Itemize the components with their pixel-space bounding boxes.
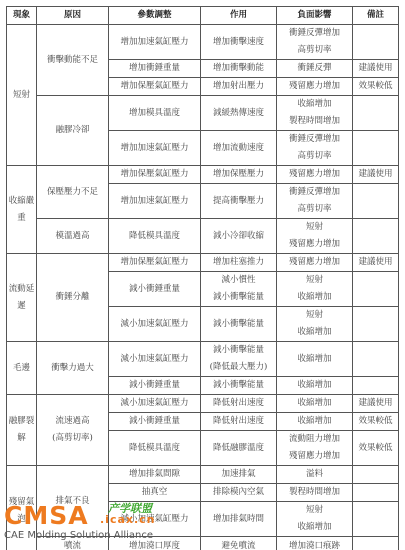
note-cell xyxy=(353,96,399,131)
note-cell xyxy=(353,537,399,550)
effect-cell: 排除模內空氣 xyxy=(201,484,277,502)
negative-cell: 殘留應力增加 xyxy=(277,78,353,96)
negative-cell: 流動阻力增加殘留應力增加 xyxy=(277,431,353,466)
note-cell xyxy=(353,484,399,502)
header-note: 備註 xyxy=(353,7,399,25)
negative-cell: 收縮增加 xyxy=(277,377,353,395)
effect-cell: 降低射出速度 xyxy=(201,413,277,431)
table-row: 毛邊 衝擊力過大 減小加速氣缸壓力 減小衝擊能量(降低最大壓力) 收縮增加 xyxy=(7,342,399,377)
adjust-cell: 減小加速氣缸壓力 xyxy=(109,307,201,342)
phenomenon-cell: 收縮嚴重 xyxy=(7,166,37,254)
effect-cell: 降低射出速度 xyxy=(201,395,277,413)
effect-cell: 增加排氣時間 xyxy=(201,502,277,537)
adjust-cell: 增加模具溫度 xyxy=(109,96,201,131)
effect-cell: 提高衝擊壓力 xyxy=(201,184,277,219)
phenomenon-cell: 流動延遲 xyxy=(7,254,37,342)
header-phenomenon: 現象 xyxy=(7,7,37,25)
note-cell: 效果較低 xyxy=(353,413,399,431)
negative-cell: 溢料 xyxy=(277,466,353,484)
header-cause: 原因 xyxy=(37,7,109,25)
adjust-cell: 增加澆口厚度 xyxy=(109,537,201,550)
adjust-cell: 抽真空 xyxy=(109,484,201,502)
effect-cell: 加速排氣 xyxy=(201,466,277,484)
effect-cell: 減小衝擊能量 xyxy=(201,307,277,342)
adjust-cell: 降低模具溫度 xyxy=(109,219,201,254)
adjust-cell: 減小加速氣缸壓力 xyxy=(109,342,201,377)
negative-cell: 增加澆口痕跡 xyxy=(277,537,353,550)
table-row: 流動延遲 衝錘分離 增加保壓氣缸壓力 增加柱塞推力 殘留應力增加 建議使用 xyxy=(7,254,399,272)
adjust-cell: 增加排氣間隙 xyxy=(109,466,201,484)
note-cell xyxy=(353,307,399,342)
adjust-cell: 增加加速氣缸壓力 xyxy=(109,25,201,60)
effect-cell: 減小衝擊能量(降低最大壓力) xyxy=(201,342,277,377)
adjust-cell: 減小衝錘重量 xyxy=(109,413,201,431)
cause-cell: 流速過高(高剪切率) xyxy=(37,395,109,466)
phenomenon-cell: 融膠裂解 xyxy=(7,395,37,466)
adjust-cell: 減小衝錘重量 xyxy=(109,377,201,395)
note-cell xyxy=(353,25,399,60)
phenomenon-cell: 殘留氣泡 xyxy=(7,466,37,550)
negative-cell: 收縮增加 xyxy=(277,342,353,377)
adjust-cell: 增加保壓氣缸壓力 xyxy=(109,254,201,272)
adjust-cell: 減小衝錘重量 xyxy=(109,272,201,307)
negative-cell: 短射收縮增加 xyxy=(277,502,353,537)
effect-cell: 降低融膠溫度 xyxy=(201,431,277,466)
adjust-cell: 增加保壓氣缸壓力 xyxy=(109,78,201,96)
note-cell xyxy=(353,219,399,254)
note-cell: 建議使用 xyxy=(353,166,399,184)
negative-cell: 製程時間增加 xyxy=(277,484,353,502)
negative-cell: 殘留應力增加 xyxy=(277,166,353,184)
cause-cell: 保壓壓力不足 xyxy=(37,166,109,219)
adjust-cell: 增加加速氣缸壓力 xyxy=(109,184,201,219)
negative-cell: 收縮增加 xyxy=(277,413,353,431)
header-negative-impact: 負面影響 xyxy=(277,7,353,25)
negative-cell: 衝錘反彈增加高剪切率 xyxy=(277,184,353,219)
table-row: 噴流 增加澆口厚度 避免噴流 增加澆口痕跡 xyxy=(7,537,399,550)
cause-cell: 模溫過高 xyxy=(37,219,109,254)
effect-cell: 增加衝擊動能 xyxy=(201,60,277,78)
cause-cell: 衝擊力過大 xyxy=(37,342,109,395)
effect-cell: 增加柱塞推力 xyxy=(201,254,277,272)
note-cell xyxy=(353,184,399,219)
header-adjustment: 參數調整 xyxy=(109,7,201,25)
note-cell xyxy=(353,272,399,307)
note-cell: 建議使用 xyxy=(353,395,399,413)
table-row: 殘留氣泡 排氣不良 增加排氣間隙 加速排氣 溢料 xyxy=(7,466,399,484)
phenomenon-cell: 毛邊 xyxy=(7,342,37,395)
note-cell xyxy=(353,466,399,484)
cause-cell: 排氣不良 xyxy=(37,466,109,537)
effect-cell: 減小冷卻收縮 xyxy=(201,219,277,254)
note-cell: 建議使用 xyxy=(353,60,399,78)
note-cell xyxy=(353,131,399,166)
effect-cell: 增加射出壓力 xyxy=(201,78,277,96)
cause-cell: 融膠冷卻 xyxy=(37,96,109,166)
negative-cell: 衝錘反彈增加高剪切率 xyxy=(277,25,353,60)
negative-cell: 收縮增加 xyxy=(277,395,353,413)
adjust-cell: 減小加速氣缸壓力 xyxy=(109,395,201,413)
negative-cell: 衝錘反彈增加高剪切率 xyxy=(277,131,353,166)
table-row: 模溫過高 降低模具溫度 減小冷卻收縮 短射殘留應力增加 xyxy=(7,219,399,254)
effect-cell: 避免噴流 xyxy=(201,537,277,550)
negative-cell: 收縮增加製程時間增加 xyxy=(277,96,353,131)
table-row: 融膠冷卻 增加模具溫度 減緩熱傳速度 收縮增加製程時間增加 xyxy=(7,96,399,131)
phenomenon-cell: 短射 xyxy=(7,25,37,166)
effect-cell: 減緩熱傳速度 xyxy=(201,96,277,131)
negative-cell: 衝錘反彈 xyxy=(277,60,353,78)
negative-cell: 殘留應力增加 xyxy=(277,254,353,272)
adjust-cell: 減小加速氣缸壓力 xyxy=(109,502,201,537)
effect-cell: 減小衝擊能量 xyxy=(201,377,277,395)
adjust-cell: 增加保壓氣缸壓力 xyxy=(109,166,201,184)
note-cell: 效果較低 xyxy=(353,78,399,96)
note-cell xyxy=(353,377,399,395)
negative-cell: 短射殘留應力增加 xyxy=(277,219,353,254)
effect-cell: 增加衝擊速度 xyxy=(201,25,277,60)
table-row: 短射 衝擊動能不足 增加加速氣缸壓力 增加衝擊速度 衝錘反彈增加高剪切率 xyxy=(7,25,399,60)
adjust-cell: 增加衝錘重量 xyxy=(109,60,201,78)
troubleshooting-table: 現象 原因 參數調整 作用 負面影響 備註 短射 衝擊動能不足 增加加速氣缸壓力… xyxy=(6,6,399,550)
negative-cell: 短射收縮增加 xyxy=(277,272,353,307)
note-cell xyxy=(353,342,399,377)
header-row: 現象 原因 參數調整 作用 負面影響 備註 xyxy=(7,7,399,25)
effect-cell: 增加保壓壓力 xyxy=(201,166,277,184)
cause-cell: 衝擊動能不足 xyxy=(37,25,109,96)
cause-cell: 噴流 xyxy=(37,537,109,550)
cause-cell: 衝錘分離 xyxy=(37,254,109,342)
table-row: 融膠裂解 流速過高(高剪切率) 減小加速氣缸壓力 降低射出速度 收縮增加 建議使… xyxy=(7,395,399,413)
negative-cell: 短射收縮增加 xyxy=(277,307,353,342)
adjust-cell: 降低模具溫度 xyxy=(109,431,201,466)
header-effect: 作用 xyxy=(201,7,277,25)
note-cell: 建議使用 xyxy=(353,254,399,272)
adjust-cell: 增加加速氣缸壓力 xyxy=(109,131,201,166)
effect-cell: 增加流動速度 xyxy=(201,131,277,166)
note-cell: 效果較低 xyxy=(353,431,399,466)
note-cell xyxy=(353,502,399,537)
effect-cell: 減小慣性減小衝擊能量 xyxy=(201,272,277,307)
table-row: 收縮嚴重 保壓壓力不足 增加保壓氣缸壓力 增加保壓壓力 殘留應力增加 建議使用 xyxy=(7,166,399,184)
